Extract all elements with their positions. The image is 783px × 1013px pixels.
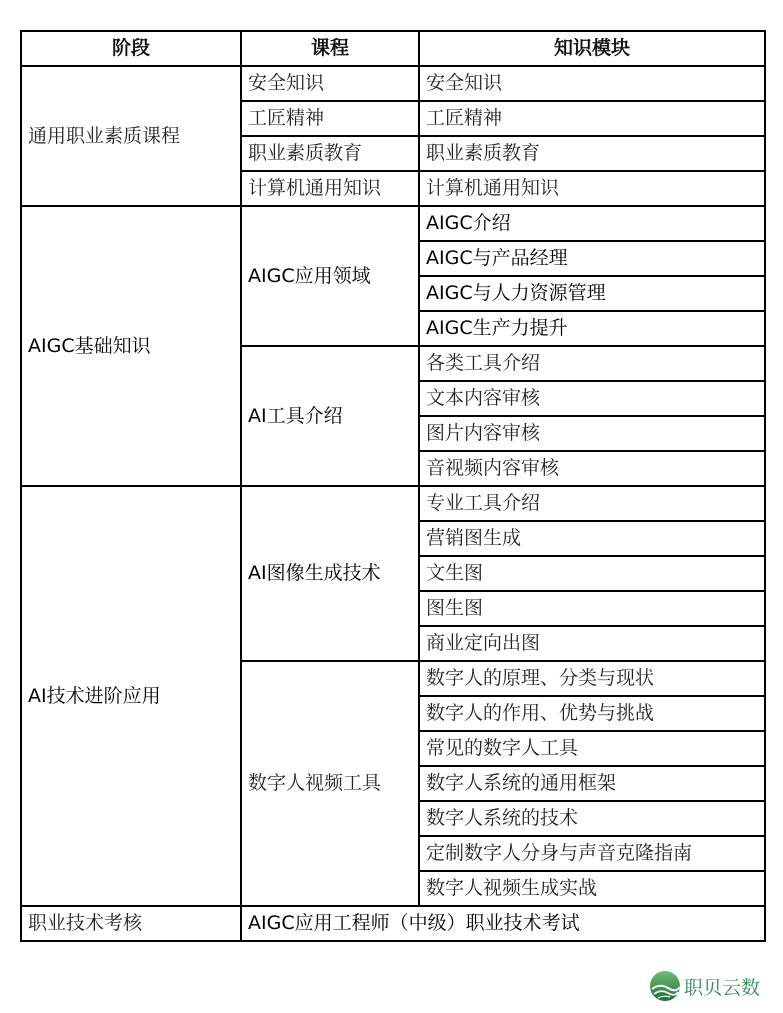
wave-globe-logo-icon [648, 969, 682, 1003]
module-cell: 工匠精神 [419, 101, 765, 136]
course-cell: 工匠精神 [241, 101, 419, 136]
module-cell: 营销图生成 [419, 521, 765, 556]
module-cell: 数字人的作用、优势与挑战 [419, 696, 765, 731]
course-cell: 数字人视频工具 [241, 661, 419, 906]
module-cell: 计算机通用知识 [419, 171, 765, 206]
module-cell: 专业工具介绍 [419, 486, 765, 521]
exam-cell: AIGC应用工程师（中级）职业技术考试 [241, 906, 765, 941]
stage-cell: AIGC基础知识 [21, 206, 241, 486]
table-row: AIGC基础知识 AIGC应用领域 AIGC介绍 [21, 206, 765, 241]
module-cell: 定制数字人分身与声音克隆指南 [419, 836, 765, 871]
course-cell: AIGC应用领域 [241, 206, 419, 346]
module-cell: 商业定向出图 [419, 626, 765, 661]
module-cell: 常见的数字人工具 [419, 731, 765, 766]
watermark: 职贝云数 [648, 969, 776, 1003]
module-cell: AIGC与产品经理 [419, 241, 765, 276]
module-cell: AIGC介绍 [419, 206, 765, 241]
header-stage: 阶段 [21, 31, 241, 66]
stage-cell: 职业技术考核 [21, 906, 241, 941]
table-row: AI技术进阶应用 AI图像生成技术 专业工具介绍 [21, 486, 765, 521]
table-row: 通用职业素质课程 安全知识 安全知识 [21, 66, 765, 101]
course-cell: 职业素质教育 [241, 136, 419, 171]
table-row: 职业技术考核 AIGC应用工程师（中级）职业技术考试 [21, 906, 765, 941]
course-cell: AI工具介绍 [241, 346, 419, 486]
module-cell: AIGC与人力资源管理 [419, 276, 765, 311]
module-cell: 各类工具介绍 [419, 346, 765, 381]
module-cell: 数字人视频生成实战 [419, 871, 765, 906]
module-cell: 数字人系统的技术 [419, 801, 765, 836]
module-cell: 音视频内容审核 [419, 451, 765, 486]
stage-cell: AI技术进阶应用 [21, 486, 241, 906]
curriculum-table: 阶段 课程 知识模块 通用职业素质课程 安全知识 安全知识 工匠精神 工匠精神 … [20, 30, 766, 942]
module-cell: 文生图 [419, 556, 765, 591]
course-cell: 安全知识 [241, 66, 419, 101]
module-cell: AIGC生产力提升 [419, 311, 765, 346]
header-module: 知识模块 [419, 31, 765, 66]
module-cell: 职业素质教育 [419, 136, 765, 171]
module-cell: 数字人的原理、分类与现状 [419, 661, 765, 696]
module-cell: 图生图 [419, 591, 765, 626]
header-course: 课程 [241, 31, 419, 66]
course-cell: AI图像生成技术 [241, 486, 419, 661]
course-cell: 计算机通用知识 [241, 171, 419, 206]
module-cell: 数字人系统的通用框架 [419, 766, 765, 801]
module-cell: 图片内容审核 [419, 416, 765, 451]
module-cell: 文本内容审核 [419, 381, 765, 416]
stage-cell: 通用职业素质课程 [21, 66, 241, 206]
header-row: 阶段 课程 知识模块 [21, 31, 765, 66]
module-cell: 安全知识 [419, 66, 765, 101]
watermark-text: 职贝云数 [684, 973, 760, 1000]
